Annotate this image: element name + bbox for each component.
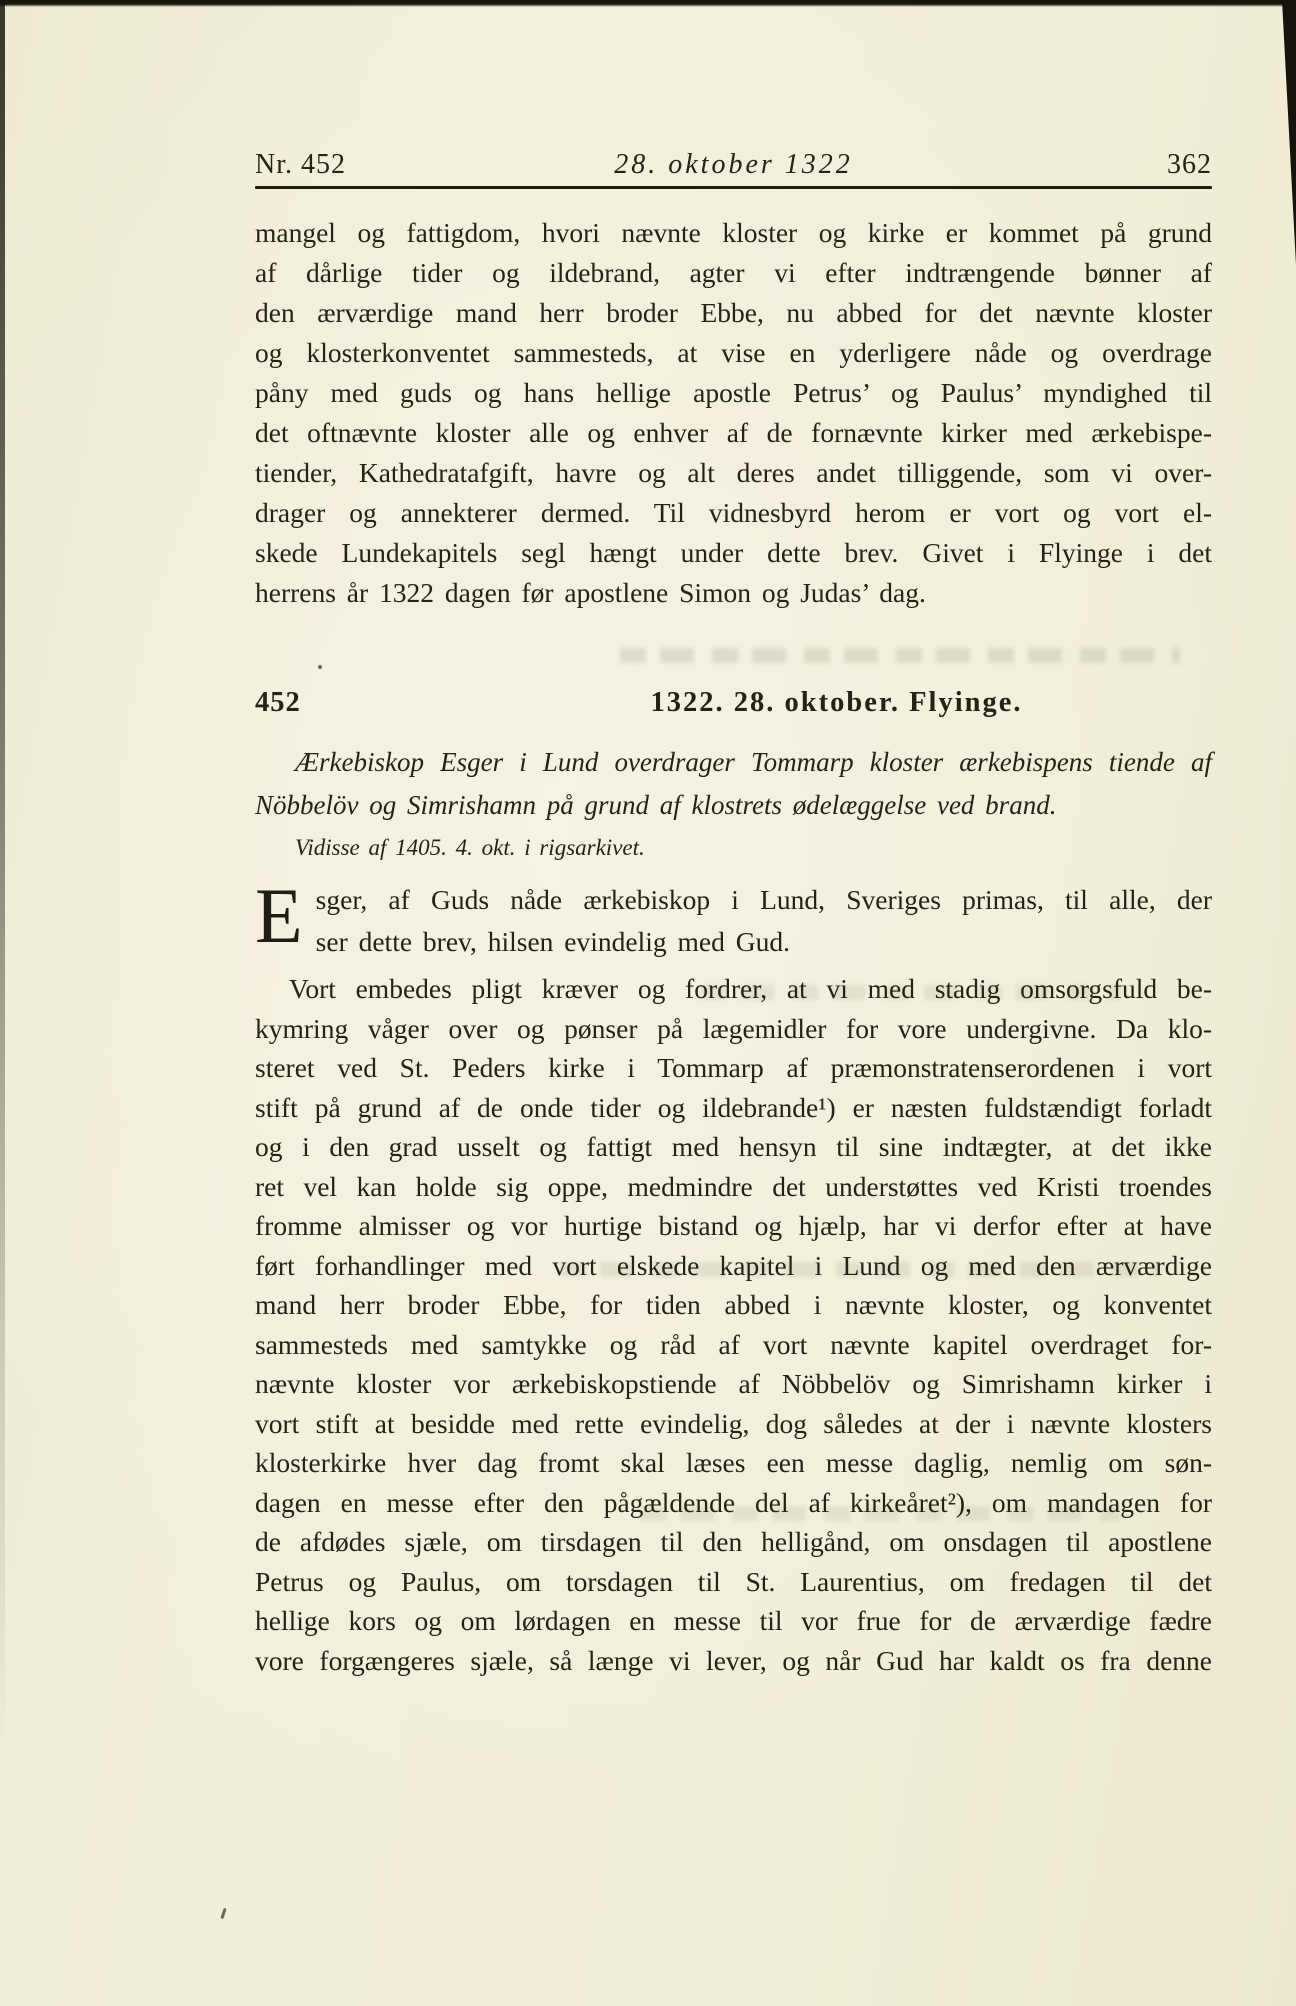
text-line: mand herr broder Ebbe, for tiden abbed i… <box>255 1285 1212 1325</box>
text-line: det oftnævnte kloster alle og enhver af … <box>255 413 1212 453</box>
text-line: og klosterkonventet sammesteds, at vise … <box>255 333 1212 373</box>
opening-lines: sger, af Guds nåde ærkebiskop i Lund, Sv… <box>255 879 1212 963</box>
opening-paragraph: E sger, af Guds nåde ærkebiskop i Lund, … <box>255 879 1212 963</box>
text-line: sammesteds med samtykke og råd af vort n… <box>255 1325 1212 1365</box>
source-note: Vidisse af 1405. 4. okt. i rigsarkivet. <box>255 833 1212 863</box>
text-line: Ærkebiskop Esger i Lund overdrager Tomma… <box>255 741 1212 784</box>
entry-ref: Nr. 452 <box>255 148 475 182</box>
text-line: nævnte kloster vor ærkebiskopstiende af … <box>255 1364 1212 1404</box>
text-line: kymring våger over og pønser på lægemidl… <box>255 1009 1212 1049</box>
text-line: ført forhandlinger med vort elskede kapi… <box>255 1246 1212 1286</box>
page-number: 362 <box>992 148 1212 182</box>
text-line: steret ved St. Peders kirke i Tommarp af… <box>255 1048 1212 1088</box>
page-content: Nr. 452 28. oktober 1322 362 mangel og f… <box>255 148 1212 1680</box>
text-line: Petrus og Paulus, om torsdagen til St. L… <box>255 1562 1212 1602</box>
text-line: og i den grad usselt og fattigt med hens… <box>255 1127 1212 1167</box>
text-line: mangel og fattigdom, hvori nævnte kloste… <box>255 213 1212 253</box>
scan-edge-right <box>1282 0 1296 265</box>
text-line: sger, af Guds nåde ærkebiskop i Lund, Sv… <box>255 879 1212 921</box>
text-line: ser dette brev, hilsen evindelig med Gud… <box>255 921 1212 963</box>
scan-edge-left <box>0 0 5 1750</box>
text-line: den ærværdige mand herr broder Ebbe, nu … <box>255 293 1212 333</box>
text-line: hellige kors og om lørdagen en messe til… <box>255 1601 1212 1641</box>
text-line: vore forgængeres sjæle, så længe vi leve… <box>255 1641 1212 1681</box>
text-line: klosterkirke hver dag fromt skal læses e… <box>255 1443 1212 1483</box>
text-line: de afdødes sjæle, om tirsdagen til den h… <box>255 1522 1212 1562</box>
text-line: ret vel kan holde sig oppe, medmindre de… <box>255 1167 1212 1207</box>
continuation-paragraph: mangel og fattigdom, hvori nævnte kloste… <box>255 213 1212 613</box>
text-line: Vort embedes pligt kræver og fordrer, at… <box>255 969 1212 1009</box>
text-line: fromme almisser og vor hurtige bistand o… <box>255 1206 1212 1246</box>
text-line: drager og annekterer dermed. Til vidnesb… <box>255 493 1212 533</box>
entry-number: 452 <box>255 685 405 721</box>
scan-edge-top <box>0 0 1296 7</box>
text-line: vort stift at besidde med rette evindeli… <box>255 1404 1212 1444</box>
header-rule <box>255 186 1212 189</box>
dropcap-initial: E <box>255 881 303 961</box>
text-line: herrens år 1322 dagen før apostlene Simo… <box>255 573 1212 613</box>
text-line: stift på grund af de onde tider og ildeb… <box>255 1088 1212 1128</box>
entry-heading: 1322. 28. oktober. Flyinge. <box>433 685 1240 721</box>
text-line: tiender, Kathedratafgift, havre og alt d… <box>255 453 1212 493</box>
text-line: skede Lundekapitels segl hængt under det… <box>255 533 1212 573</box>
text-line: af dårlige tider og ildebrand, agter vi … <box>255 253 1212 293</box>
text-line: dagen en messe efter den pågældende del … <box>255 1483 1212 1523</box>
entry-heading-row: 452 1322. 28. oktober. Flyinge. <box>255 685 1212 721</box>
entry-summary: Ærkebiskop Esger i Lund overdrager Tomma… <box>255 741 1212 827</box>
paper-speck <box>220 1908 226 1919</box>
text-line: påny med guds og hans hellige apostle Pe… <box>255 373 1212 413</box>
running-date: 28. oktober 1322 <box>475 148 992 182</box>
book-page: Nr. 452 28. oktober 1322 362 mangel og f… <box>0 0 1296 2006</box>
text-line: Nöbbelöv og Simrishamn på grund af klost… <box>255 784 1212 827</box>
body-paragraph: Vort embedes pligt kræver og fordrer, at… <box>255 969 1212 1680</box>
running-header: Nr. 452 28. oktober 1322 362 <box>255 148 1212 182</box>
